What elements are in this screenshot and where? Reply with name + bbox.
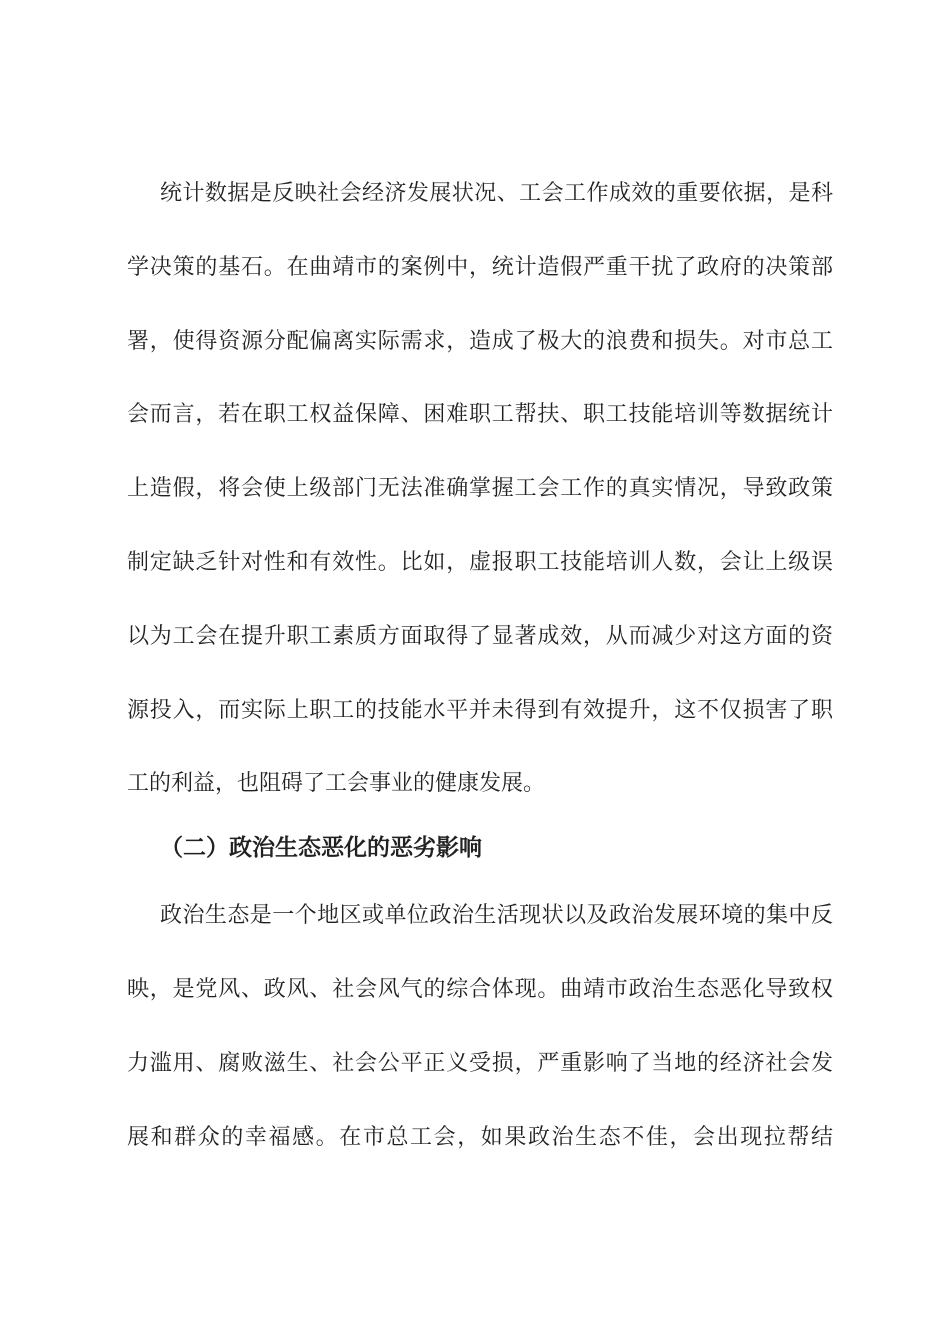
- section-heading: （二）政治生态恶化的恶劣影响: [127, 833, 833, 863]
- paragraph-2-line: 政治生态是一个地区或单位政治生活现状以及政治发展环境的集中反: [127, 900, 833, 930]
- document-page: 统计数据是反映社会经济发展状况、工会工作成效的重要依据，是科学决策的基石。在曲靖…: [0, 0, 950, 1344]
- paragraph-2-line: 映，是党风、政风、社会风气的综合体现。曲靖市政治生态恶化导致权: [127, 974, 833, 1004]
- paragraph-1-line: 统计数据是反映社会经济发展状况、工会工作成效的重要依据，是科: [127, 178, 833, 208]
- paragraph-1-line: 学决策的基石。在曲靖市的案例中，统计造假严重干扰了政府的决策部: [127, 252, 833, 282]
- paragraph-2-line: 展和群众的幸福感。在市总工会，如果政治生态不佳，会出现拉帮结: [127, 1122, 833, 1152]
- paragraph-1-line: 署，使得资源分配偏离实际需求，造成了极大的浪费和损失。对市总工: [127, 326, 833, 356]
- paragraph-1-line: 上造假，将会使上级部门无法准确掌握工会工作的真实情况，导致政策: [127, 473, 833, 503]
- paragraph-1-line: 制定缺乏针对性和有效性。比如，虚报职工技能培训人数，会让上级误: [127, 547, 833, 577]
- paragraph-1-line: 工的利益，也阻碍了工会事业的健康发展。: [127, 768, 833, 798]
- paragraph-1-line: 会而言，若在职工权益保障、困难职工帮扶、职工技能培训等数据统计: [127, 399, 833, 429]
- paragraph-2-line: 力滥用、腐败滋生、社会公平正义受损，严重影响了当地的经济社会发: [127, 1048, 833, 1078]
- document-text-area: 统计数据是反映社会经济发展状况、工会工作成效的重要依据，是科学决策的基石。在曲靖…: [127, 0, 833, 1344]
- paragraph-1-line: 以为工会在提升职工素质方面取得了显著成效，从而减少对这方面的资: [127, 621, 833, 651]
- paragraph-1-line: 源投入，而实际上职工的技能水平并未得到有效提升，这不仅损害了职: [127, 695, 833, 725]
